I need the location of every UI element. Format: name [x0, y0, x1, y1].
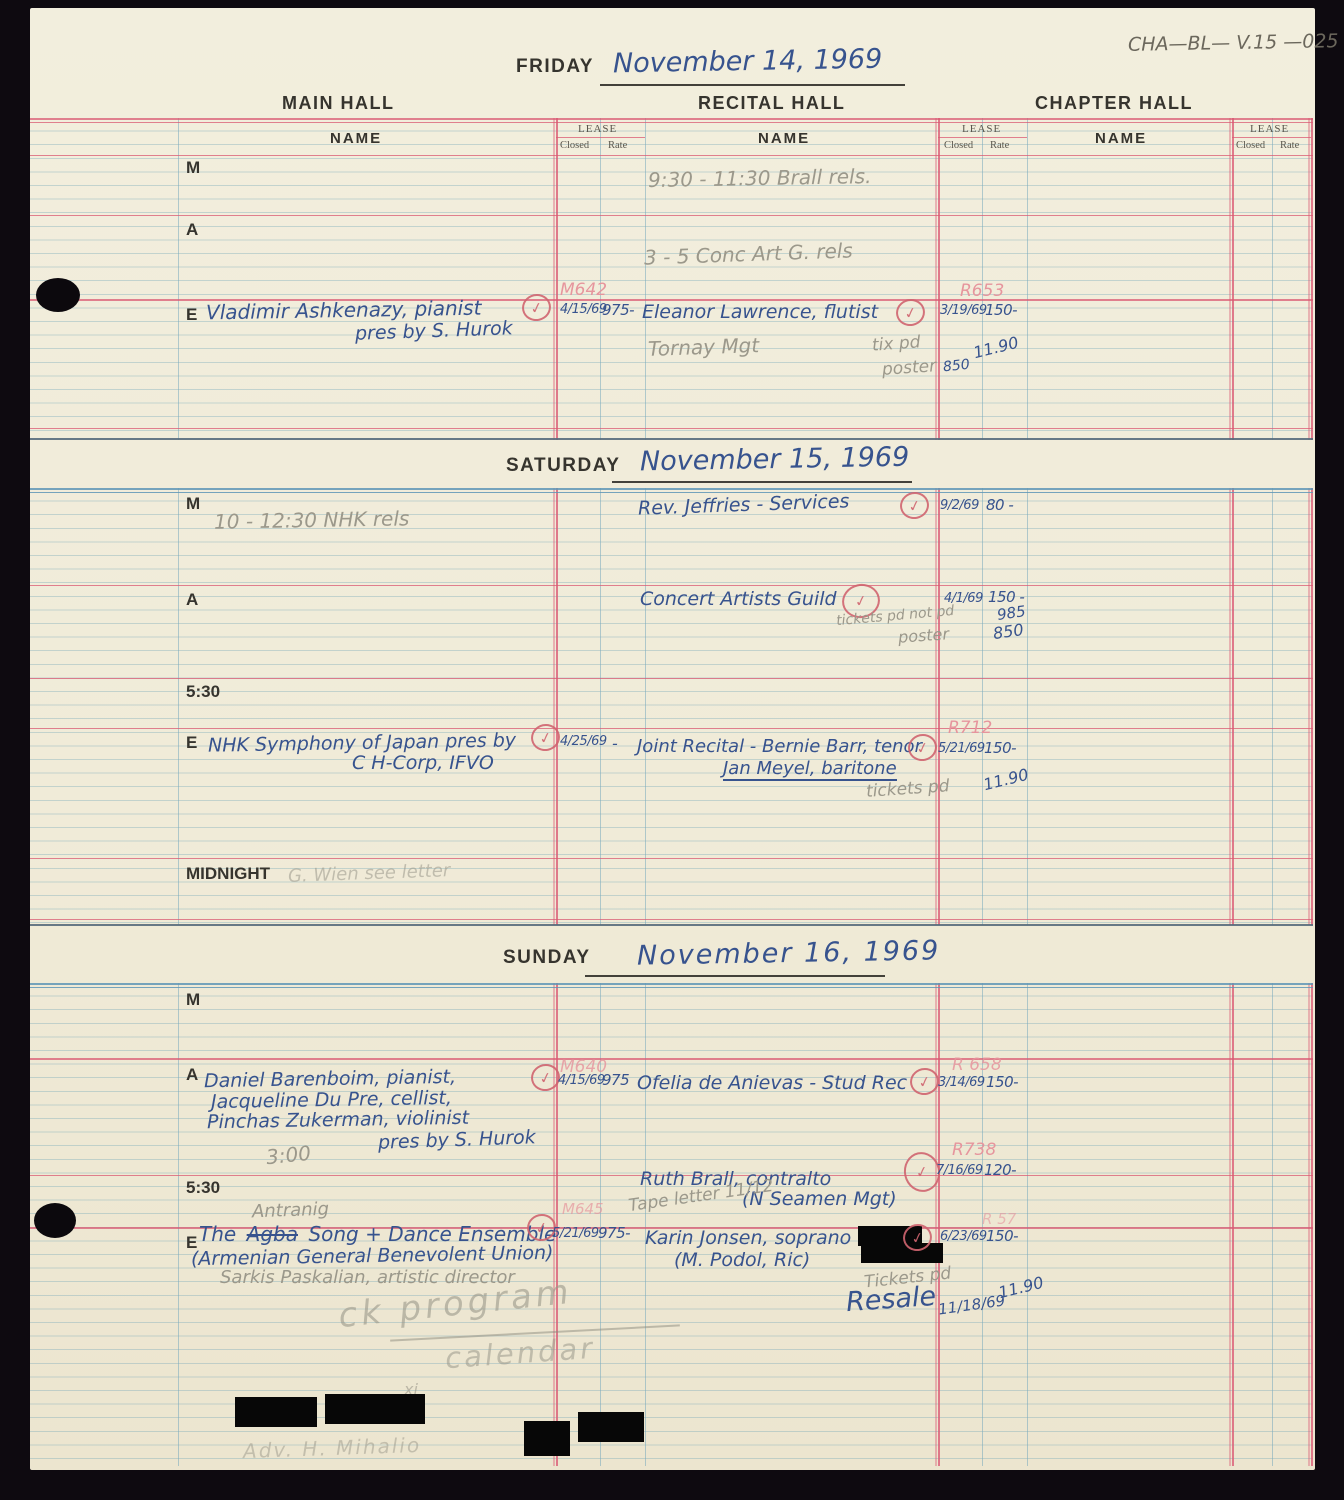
resale-note: Resale	[845, 1281, 937, 1318]
rule	[938, 137, 1027, 138]
entry-name: Joint Recital - Bernie Barr, tenor	[637, 736, 922, 757]
lease-closed-date: 4/15/69	[560, 302, 607, 317]
grid-line	[1311, 118, 1313, 440]
day-date-sunday: November 16, 1969	[637, 935, 941, 971]
entry-mgmt: Tornay Mgt	[648, 333, 760, 361]
redaction-box	[861, 1243, 943, 1263]
rule	[30, 858, 1313, 859]
rule	[30, 919, 1313, 920]
payment-note: poster	[881, 356, 936, 380]
rule	[30, 438, 1313, 440]
rule	[30, 155, 1313, 156]
grid-line	[600, 488, 601, 925]
grid-line	[1272, 983, 1273, 1466]
entry-name2: C H-Corp, IFVO	[352, 752, 494, 774]
grid-line	[1272, 118, 1273, 440]
rule	[30, 728, 1313, 729]
book-number: M645	[562, 1200, 604, 1218]
grid-line	[1232, 488, 1234, 925]
lease-rate: 150-	[985, 301, 1017, 319]
row-label-m: M	[186, 494, 200, 514]
correction-note: Antranig	[252, 1199, 330, 1223]
entry-note: 10 - 12:30 NHK rels	[214, 506, 410, 533]
punch-hole	[34, 1203, 76, 1238]
date-underline	[600, 84, 905, 86]
grid-line	[645, 488, 646, 925]
grid-line	[1311, 983, 1313, 1466]
redaction-box	[325, 1394, 425, 1424]
rule	[30, 678, 1313, 679]
rule	[30, 1058, 1313, 1060]
rate-header-recital: Rate	[990, 140, 1009, 151]
day-date-saturday: November 15, 1969	[640, 442, 910, 478]
grid-line	[178, 118, 179, 440]
rule	[30, 428, 1313, 429]
hall-header-recital: RECITAL HALL	[698, 93, 845, 114]
entry-name: Eleanor Lawrence, flutist	[642, 301, 878, 323]
rule	[30, 488, 1313, 490]
rule	[30, 118, 1313, 120]
row-label-midnight: MIDNIGHT	[186, 864, 270, 884]
grid-line	[556, 983, 558, 1466]
lease-rate: 975-	[602, 301, 634, 319]
grid-line	[1311, 488, 1313, 925]
scanned-ledger-page: CHA—BL— V.15 —025 FRIDAY November 14, 19…	[0, 0, 1344, 1500]
grid-line	[1027, 118, 1028, 440]
day-date-friday: November 14, 1969	[613, 44, 883, 80]
lease-rate: 150-	[984, 739, 1016, 757]
lease-closed-date: 5/21/69	[552, 1226, 599, 1241]
entry-name-struck: Agba	[247, 1222, 298, 1246]
lease-header-recital: LEASE	[962, 123, 1001, 135]
row-label-e: E	[186, 733, 197, 753]
time-note: 3:00	[265, 1141, 312, 1170]
lease-closed-date: 3/14/69	[938, 1075, 985, 1090]
rule	[30, 987, 1313, 988]
grid-line	[982, 488, 983, 925]
day-label-saturday: SATURDAY	[506, 455, 620, 477]
entry-note: 9:30 - 11:30 Brall rels.	[648, 164, 872, 192]
row-label-a: A	[186, 590, 198, 610]
date-underline	[585, 975, 885, 977]
book-number: M642	[560, 280, 607, 300]
col-header-name-recital: NAME	[758, 130, 810, 147]
lease-rate: -	[612, 734, 617, 753]
entry-name2: Jan Meyel, baritone	[723, 758, 897, 781]
closed-header-main: Closed	[560, 140, 589, 151]
entry-name2: (M. Podol, Ric)	[674, 1249, 810, 1271]
lease-rate: 150-	[986, 1073, 1018, 1091]
rule	[30, 215, 1313, 216]
rule	[556, 137, 645, 138]
book-number: R 57	[982, 1210, 1016, 1228]
day-label-friday: FRIDAY	[516, 56, 594, 78]
row-label-530: 5:30	[186, 1178, 220, 1198]
lease-header-chapter: LEASE	[1250, 123, 1289, 135]
rule	[30, 924, 1313, 926]
book-number: R653	[960, 281, 1004, 301]
entry-name-pre: The	[199, 1222, 236, 1246]
lease-closed-date: 7/16/69	[936, 1163, 983, 1178]
payment-note: poster	[897, 624, 949, 647]
row-label-a: A	[186, 220, 198, 240]
grid-line	[938, 118, 940, 440]
row-label-m: M	[186, 990, 200, 1010]
grid-line	[556, 118, 558, 440]
grid-line	[1027, 488, 1028, 925]
saturday-grid-band	[30, 488, 1313, 925]
lease-closed-date: 5/21/69	[938, 741, 985, 756]
redaction-box	[524, 1421, 570, 1456]
grid-line	[178, 983, 179, 1466]
book-number: R712	[948, 718, 992, 738]
row-label-530: 5:30	[186, 682, 220, 702]
rule	[30, 983, 1313, 985]
lease-rate: 975-	[598, 1224, 630, 1242]
lease-closed-date: 9/2/69	[940, 498, 979, 513]
rate-header-chapter: Rate	[1280, 140, 1299, 151]
closed-header-recital: Closed	[944, 140, 973, 151]
lease-rate: 80 -	[986, 496, 1013, 514]
row-label-m: M	[186, 158, 200, 178]
lease-closed-date: 6/23/69	[940, 1229, 987, 1244]
day-label-sunday: SUNDAY	[503, 947, 591, 969]
grid-line	[645, 118, 646, 440]
rule	[30, 585, 1313, 586]
date-underline	[612, 481, 912, 483]
payment-note: tix pd	[871, 332, 921, 355]
hall-header-chapter: CHAPTER HALL	[1035, 93, 1193, 114]
grid-line	[1027, 983, 1028, 1466]
col-header-name-chapter: NAME	[1095, 130, 1147, 147]
grid-line	[938, 488, 940, 925]
grid-line	[178, 488, 179, 925]
lease-closed-date: 4/25/69	[560, 734, 607, 749]
grid-line	[1232, 983, 1234, 1466]
grid-line	[556, 488, 558, 925]
col-header-name-main: NAME	[330, 130, 382, 147]
row-label-a: A	[186, 1065, 198, 1085]
redaction-box	[578, 1412, 644, 1442]
rule	[1232, 137, 1311, 138]
book-number: R738	[952, 1140, 996, 1160]
page-code: CHA—BL— V.15 —025	[1128, 30, 1339, 56]
redaction-box	[235, 1397, 317, 1427]
lease-rate: 975	[602, 1071, 629, 1089]
rule	[30, 122, 1313, 123]
friday-grid-band	[30, 118, 1313, 440]
rule	[30, 492, 1313, 493]
grid-line	[600, 118, 601, 440]
row-label-e: E	[186, 305, 197, 325]
closed-header-chapter: Closed	[1236, 140, 1265, 151]
entry-name: Ofelia de Anievas - Stud Rec	[637, 1072, 907, 1094]
lease-header-main: LEASE	[578, 123, 617, 135]
entry-name: Karin Jonsen, soprano	[645, 1227, 851, 1249]
entry-name: Concert Artists Guild	[640, 588, 837, 610]
amount: 850	[942, 357, 970, 376]
lease-closed-date: 4/15/69	[558, 1073, 605, 1088]
punch-hole	[36, 278, 80, 312]
lease-rate: 120-	[984, 1161, 1016, 1179]
lease-rate: 150-	[986, 1227, 1018, 1245]
grid-line	[1272, 488, 1273, 925]
book-number: R 658	[952, 1055, 1002, 1075]
grid-line	[938, 983, 940, 1466]
lease-closed-date: 3/19/69	[940, 303, 987, 318]
rate-header-main: Rate	[608, 140, 627, 151]
grid-line	[982, 118, 983, 440]
grid-line	[645, 983, 646, 1466]
hall-header-main: MAIN HALL	[282, 93, 394, 114]
grid-line	[1232, 118, 1234, 440]
